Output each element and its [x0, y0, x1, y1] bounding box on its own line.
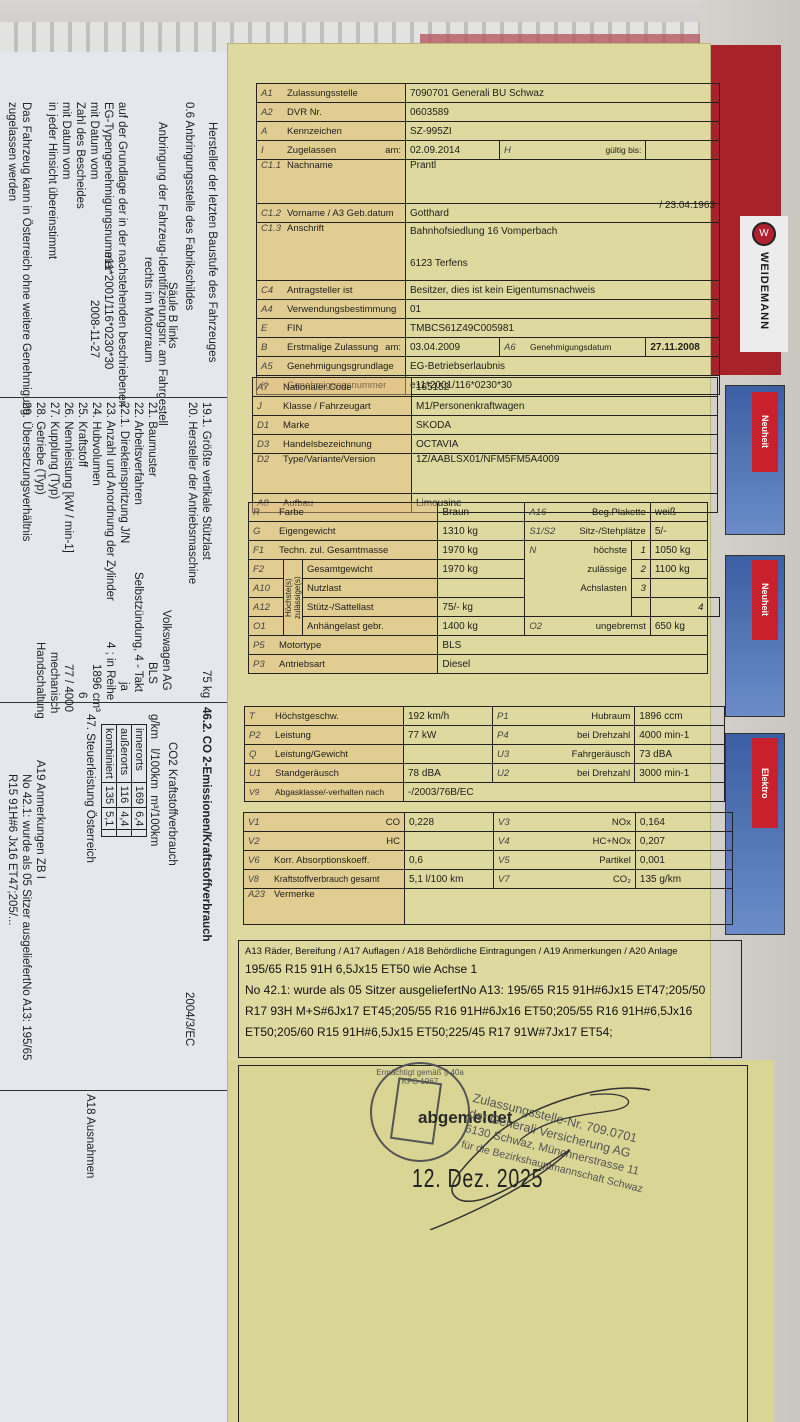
catalog-badge-1: Neuheit — [752, 392, 778, 472]
cert-line: 0.6 Anbringungsstelle des Fabrikschildes — [183, 102, 195, 310]
row-leistung: P2Leistung77 kWP4bei Drehzahl4000 min-1 — [245, 726, 725, 745]
row-fin: EFINTMBCS61Z49C005981 — [257, 319, 720, 338]
row-antriebsart: P3Antriebsart Diesel — [249, 655, 720, 674]
co2-subtitle: CO2 Kraftstoffverbrauch — [166, 742, 178, 866]
remarks-line: 195/65 R15 91H 6,5Jx15 ET50 wie Achse 1 — [245, 959, 735, 980]
row-zugelassen: IZugelassenam:02.09.2014Hgültig bis: — [257, 141, 720, 160]
cert-line: mit Datum vom — [60, 102, 72, 179]
row-eigengewicht: GEigengewicht 1310 kg S1/S2Sitz-/Stehplä… — [249, 522, 720, 541]
engine-table: THöchstgeschw.192 km/hP1Hubraum1896 ccm … — [244, 706, 725, 802]
holder-table: A1Zulassungsstelle7090701 Generali BU Sc… — [256, 83, 720, 395]
item-27: 27. Kupplung (Typ) — [48, 402, 60, 499]
row-kennzeichen: AKennzeichenSZ-995ZI — [257, 122, 720, 141]
row-motortype: P5Motortype BLS — [249, 636, 720, 655]
row-anhaengelast: O1 Anhängelast gebr. 1400 kg O2ungebrems… — [249, 617, 720, 636]
cert-line: Hersteller der letzten Baustufe des Fahr… — [206, 122, 218, 362]
tax-label: 47. Steuerleistung Österreich — [84, 714, 96, 863]
cert-line: Zahl des Bescheides — [74, 102, 86, 209]
remarks-line: R17 93H M+S#6Jx17 ET45;205/55 R16 91H#6J… — [245, 1001, 735, 1022]
weidemann-logo-icon: W — [752, 222, 776, 246]
a18-label: A18 Ausnahmen — [84, 1094, 96, 1178]
row-a1: A1Zulassungsstelle7090701 Generali BU Sc… — [257, 84, 720, 103]
divider — [0, 1090, 232, 1091]
item-26-value: 77 / 4000 — [62, 664, 74, 712]
row-antragsteller: C4Antragsteller istBesitzer, dies ist ke… — [257, 281, 720, 300]
remarks-header: A13 Räder, Bereifung / A17 Auflagen / A1… — [245, 945, 735, 959]
item-29: 29. Übersetzungsverhältnis — [20, 402, 32, 541]
remarks-box: A13 Räder, Bereifung / A17 Auflagen / A1… — [238, 940, 742, 1058]
cert-line: in jeder Hinsicht übereinstimmt — [46, 102, 58, 259]
weights-table: RFarbe Braun A16Beg.Plakette weiß GEigen… — [248, 502, 720, 674]
row-verwendung: A4Verwendungsbestimmung01 — [257, 300, 720, 319]
divider — [0, 397, 232, 398]
row-gesamtgewicht: F2 Höchste(s) zulässige(s) Gesamtgewicht… — [249, 560, 720, 579]
item-28-value: Handschaltung — [34, 642, 46, 719]
item-22: 22. Arbeitsverfahren — [132, 402, 144, 505]
catalog-badge-2: Neuheit — [752, 560, 778, 640]
row-type: D2Type/Variante/Version1Z/AABLSX01/NFM5F… — [253, 454, 718, 494]
cert-line: EG-Typengenehmigungsnummer — [102, 102, 114, 271]
remarks-line: No 42.1: wurde als 05 Sitzer ausgeliefer… — [245, 980, 735, 1001]
item-22-1: 22.1. Direkteinspritzung J/N — [118, 402, 130, 543]
item-23: 23. Anzahl und Anordnung der Zylinder — [104, 402, 116, 601]
item-20-value: Volkswagen AG — [160, 610, 172, 691]
row-klasse: JKlasse / FahrzeugartM1/Personenkraftwag… — [253, 397, 718, 416]
row-absorption: V6Korr. Absorptionskoeff.0,6V5Partikel0,… — [244, 851, 733, 870]
cert-line: Anbringung der Fahrzeug-Identifizierungs… — [156, 122, 168, 426]
type-certificate-sheet: Hersteller der letzten Baustufe des Fahr… — [0, 52, 232, 1422]
item-19-1-value: 75 kg — [200, 670, 212, 698]
a19-title: A19 Anmerkungen ZB I — [34, 760, 46, 879]
row-nutzlast: A10 Nutzlast 3 — [249, 579, 720, 598]
item-27-value: mechanisch — [48, 652, 60, 713]
row-marke: D1MarkeSKODA — [253, 416, 718, 435]
catalog-brand: WEIDEMANN — [758, 252, 770, 330]
co2-columns: g/km l/100km m³/100km — [148, 714, 160, 846]
row-vermerke: A23Vermerke — [244, 889, 733, 925]
divider — [0, 702, 232, 703]
item-22-1-value: ja — [118, 682, 130, 691]
item-19-1: 19.1. Größte vertikale Stützlast — [200, 402, 212, 560]
row-hc: V2HCV4HC+NOx0,207 — [244, 832, 733, 851]
stamp-date: 12. Dez. 2025 — [412, 1163, 543, 1194]
co2-title: 46.2. CO 2-Emissionen/Kraftstoffverbrauc… — [200, 707, 212, 942]
co2-directive: 2004/3/EC — [183, 992, 195, 1046]
cert-value: 2008-11-27 — [88, 300, 100, 358]
row-nachname: C1.1NachnamePrantl — [257, 160, 720, 204]
row-genehmigungsgrundlage: A5GenehmigungsgrundlageEG-Betriebserlaub… — [257, 357, 720, 376]
row-erstzulassung: BErstmalige Zulassungam:03.04.2009A6Gene… — [257, 338, 720, 357]
row-abgasklasse: V9Abgasklasse/-verhalten nach-/2003/76B/… — [245, 783, 725, 802]
cert-line: Das Fahrzeug kann in Österreich ohne wei… — [20, 102, 32, 415]
cert-value: e11*2001/116*0230*30 — [102, 252, 114, 369]
catalog-badge-3: Elektro — [752, 738, 778, 828]
row-gesamtmasse: F1Techn. zul. Gesamtmasse 1970 kg Nhöchs… — [249, 541, 720, 560]
row-anschrift: C1.3AnschriftBahnhofsiedlung 16 Vomperba… — [257, 223, 720, 281]
row-hoechstgeschw: THöchstgeschw.192 km/hP1Hubraum1896 ccm — [245, 707, 725, 726]
a19-text: No 42.1: wurde als 05 Sitzer ausgeliefer… — [20, 774, 32, 1060]
hoechste-zulaessige-label: Höchste(s) zulässige(s) — [284, 560, 302, 635]
cert-value: rechts im Motorraum — [142, 257, 154, 362]
emissions-table: V1CO0,228V3NOx0,164 V2HCV4HC+NOx0,207 V6… — [243, 812, 733, 925]
row-leistung-gewicht: QLeistung/GewichtU3Fahrgeräusch73 dBA — [245, 745, 725, 764]
remarks-line: ET50;205/60 R15 91H#6,5Jx15 ET50;225/45 … — [245, 1022, 735, 1043]
row-co: V1CO0,228V3NOx0,164 — [244, 813, 733, 832]
row-a2: A2DVR Nr.0603589 — [257, 103, 720, 122]
weidemann-logo: W WEIDEMANN — [740, 216, 788, 352]
row-handelsbezeichnung: D3HandelsbezeichnungOCTAVIA — [253, 435, 718, 454]
co2-row: kombiniert1355,1 — [102, 725, 117, 837]
item-23-value: 4 ; in Reihe — [104, 642, 116, 700]
row-farbe: RFarbe Braun A16Beg.Plakette weiß — [249, 503, 720, 522]
vehicle-table: A7Nationaler Code165152 JKlasse / Fahrze… — [252, 377, 718, 513]
item-25-value: 6 — [76, 692, 88, 698]
co2-row: innerorts1696,4 — [132, 725, 147, 837]
row-stuetzlast: A12 Stütz-/Sattellast 75/- kg 4 — [249, 598, 720, 617]
row-verbrauch: V8Kraftstoffverbrauch gesamt5,1 l/100 km… — [244, 870, 733, 889]
item-21-value: BLS — [146, 662, 158, 684]
a19-text-2: R15 91H#6 Jx16 ET47;205/... — [6, 774, 18, 926]
co2-row: außerorts1164,4 — [117, 725, 132, 837]
cert-line: zugelassen werden — [6, 102, 18, 201]
item-24-value: 1896 cm³ — [90, 664, 102, 712]
row-vorname: C1.2Vorname / A3 Geb.datumGotthard/ 23.0… — [257, 204, 720, 223]
item-28: 28. Getriebe (Typ) — [34, 402, 46, 495]
item-26: 26. Nennleistung [kW / min-1] — [62, 402, 74, 553]
item-21: 21. Baumuster — [146, 402, 158, 477]
item-25: 25. Kraftstoff — [76, 402, 88, 467]
item-20: 20. Hersteller der Antriebsmaschine — [186, 402, 198, 584]
row-standgeraeusch: U1Standgeräusch78 dBAU2bei Drehzahl3000 … — [245, 764, 725, 783]
cert-line: auf der Grundlage der in der nachstehend… — [116, 102, 128, 407]
item-22-value: Selbstzündung, 4 - Takt — [132, 572, 144, 692]
item-24: 24. Hubvolumen — [90, 402, 102, 486]
row-nationaler-code: A7Nationaler Code165152 — [253, 378, 718, 397]
cert-line: mit Datum vom — [88, 102, 100, 179]
